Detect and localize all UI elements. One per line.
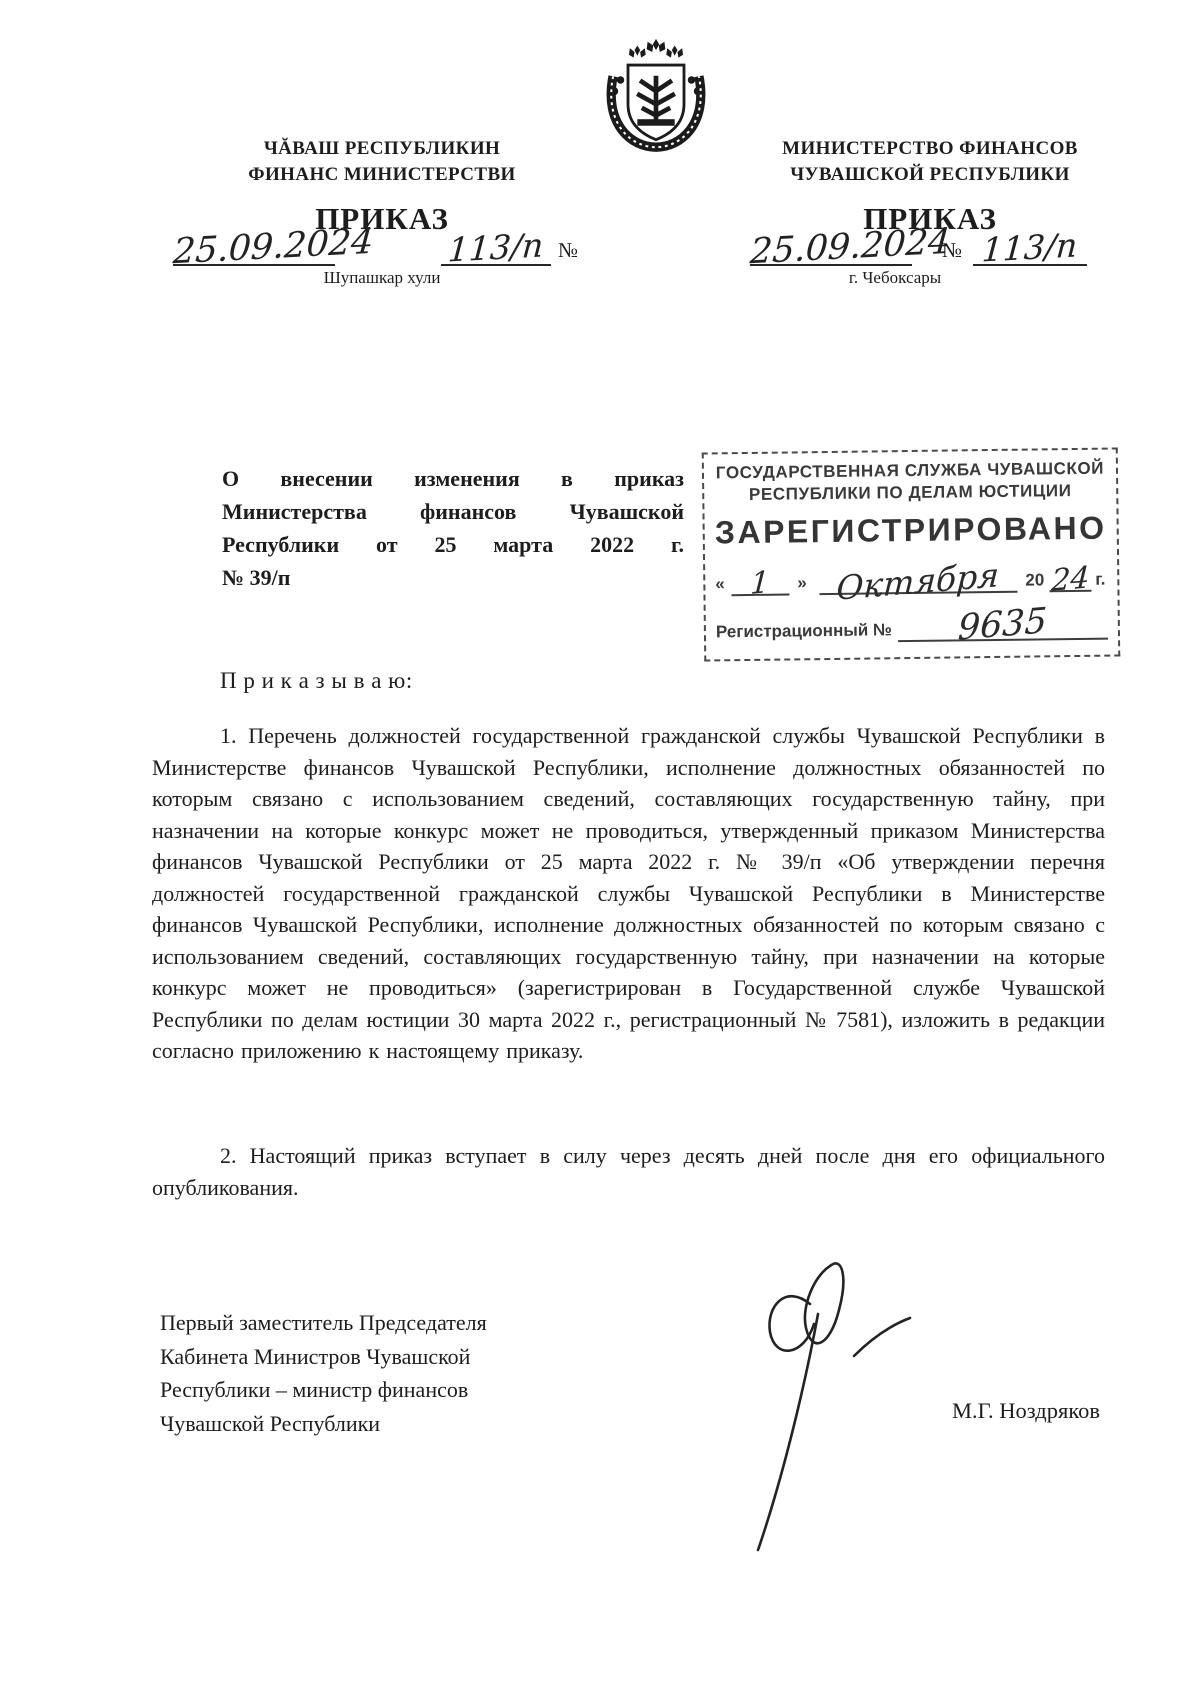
stamp-agency-name: ГОСУДАРСТВЕННАЯ СЛУЖБА ЧУВАШСКОЙ РЕСПУБЛ…	[704, 457, 1117, 506]
place-name-left: Шупашкар хули	[160, 268, 604, 288]
stamp-month-handwritten: Октября	[836, 555, 1001, 608]
signer-position-line1: Первый заместитель Председателя	[160, 1306, 640, 1340]
registration-stamp: ГОСУДАРСТВЕННАЯ СЛУЖБА ЧУВАШСКОЙ РЕСПУБЛ…	[702, 447, 1121, 661]
org-name-russian: МИНИСТЕРСТВО ФИНАНСОВ ЧУВАШСКОЙ РЕСПУБЛИ…	[710, 136, 1150, 188]
org-name-russian-line1: МИНИСТЕРСТВО ФИНАНСОВ	[710, 136, 1150, 162]
signer-position-line4: Чувашской Республики	[160, 1407, 640, 1441]
place-name-right: г. Чебоксары	[675, 268, 1115, 288]
signer-name: М.Г. Ноздряков	[900, 1398, 1100, 1424]
stamp-year-suffix: г.	[1095, 570, 1105, 590]
stamp-reg-label: Регистрационный №	[716, 620, 892, 642]
stamp-reg-number-field: 9635	[898, 602, 1108, 643]
signer-position: Первый заместитель Председателя Кабинета…	[160, 1306, 640, 1440]
order-date-field-right: 25.09.2024	[750, 226, 912, 266]
order-date-handwritten-right: 25.09.2024	[749, 225, 952, 270]
stamp-year-prefix: 20	[1025, 570, 1044, 590]
order-paragraph-2: 2. Настоящий приказ вступает в силу чере…	[152, 1140, 1105, 1203]
signer-position-line2: Кабинета Министров Чувашской	[160, 1340, 640, 1374]
order-number-field-right: 113/п	[973, 226, 1087, 266]
order-date-field-left: 25.09.2024	[173, 226, 335, 266]
stamp-year-handwritten: 24	[1050, 560, 1090, 598]
order-subject-line: Министерства финансов Чувашской	[222, 495, 684, 528]
stamp-reg-number-handwritten: 9635	[957, 601, 1048, 649]
document-page: ЧĂВАШ РЕСПУБЛИКИН ФИНАНС МИНИСТЕРСТВИ МИ…	[0, 0, 1200, 1693]
number-sign-right: №	[942, 238, 962, 263]
order-number-handwritten-left: 113/п	[447, 229, 544, 266]
signature-flourish	[732, 1252, 922, 1552]
stamp-registered-word: ЗАРЕГИСТРИРОВАНО	[704, 509, 1116, 551]
order-subject-line: № 39/п	[222, 561, 684, 594]
order-subject-line: О внесении изменения в приказ	[222, 462, 684, 495]
order-paragraph-1: 1. Перечень должностей государственной г…	[152, 720, 1105, 1067]
org-name-chuvash: ЧĂВАШ РЕСПУБЛИКИН ФИНАНС МИНИСТЕРСТВИ	[160, 136, 604, 188]
order-number-handwritten-right: 113/п	[981, 229, 1078, 266]
org-name-russian-line2: ЧУВАШСКОЙ РЕСПУБЛИКИ	[710, 162, 1150, 188]
signer-position-line3: Республики – министр финансов	[160, 1373, 640, 1407]
order-subject: О внесении изменения в приказ Министерст…	[222, 462, 684, 594]
order-opening-word: П р и к а з ы в а ю:	[152, 668, 1105, 694]
order-subject-line: Республики от 25 марта 2022 г.	[222, 528, 684, 561]
stamp-day-field: 1	[731, 557, 789, 596]
stamp-month-field: Октября	[819, 555, 1017, 595]
org-name-chuvash-line1: ЧĂВАШ РЕСПУБЛИКИН	[160, 136, 604, 162]
number-sign-left: №	[558, 238, 578, 263]
stamp-year-field: 24	[1049, 554, 1091, 593]
order-number-field-left: 113/п	[441, 226, 551, 266]
order-date-handwritten-left: 25.09.2024	[172, 225, 375, 270]
stamp-agency-line2: РЕСПУБЛИКИ ПО ДЕЛАМ ЮСТИЦИИ	[704, 479, 1116, 506]
org-name-chuvash-line2: ФИНАНС МИНИСТЕРСТВИ	[160, 162, 604, 188]
stamp-day-handwritten: 1	[750, 565, 771, 602]
stamp-open-quote: «	[715, 574, 725, 594]
stamp-close-quote: »	[797, 573, 807, 593]
coat-of-arms-chuvashia-icon	[600, 36, 712, 152]
